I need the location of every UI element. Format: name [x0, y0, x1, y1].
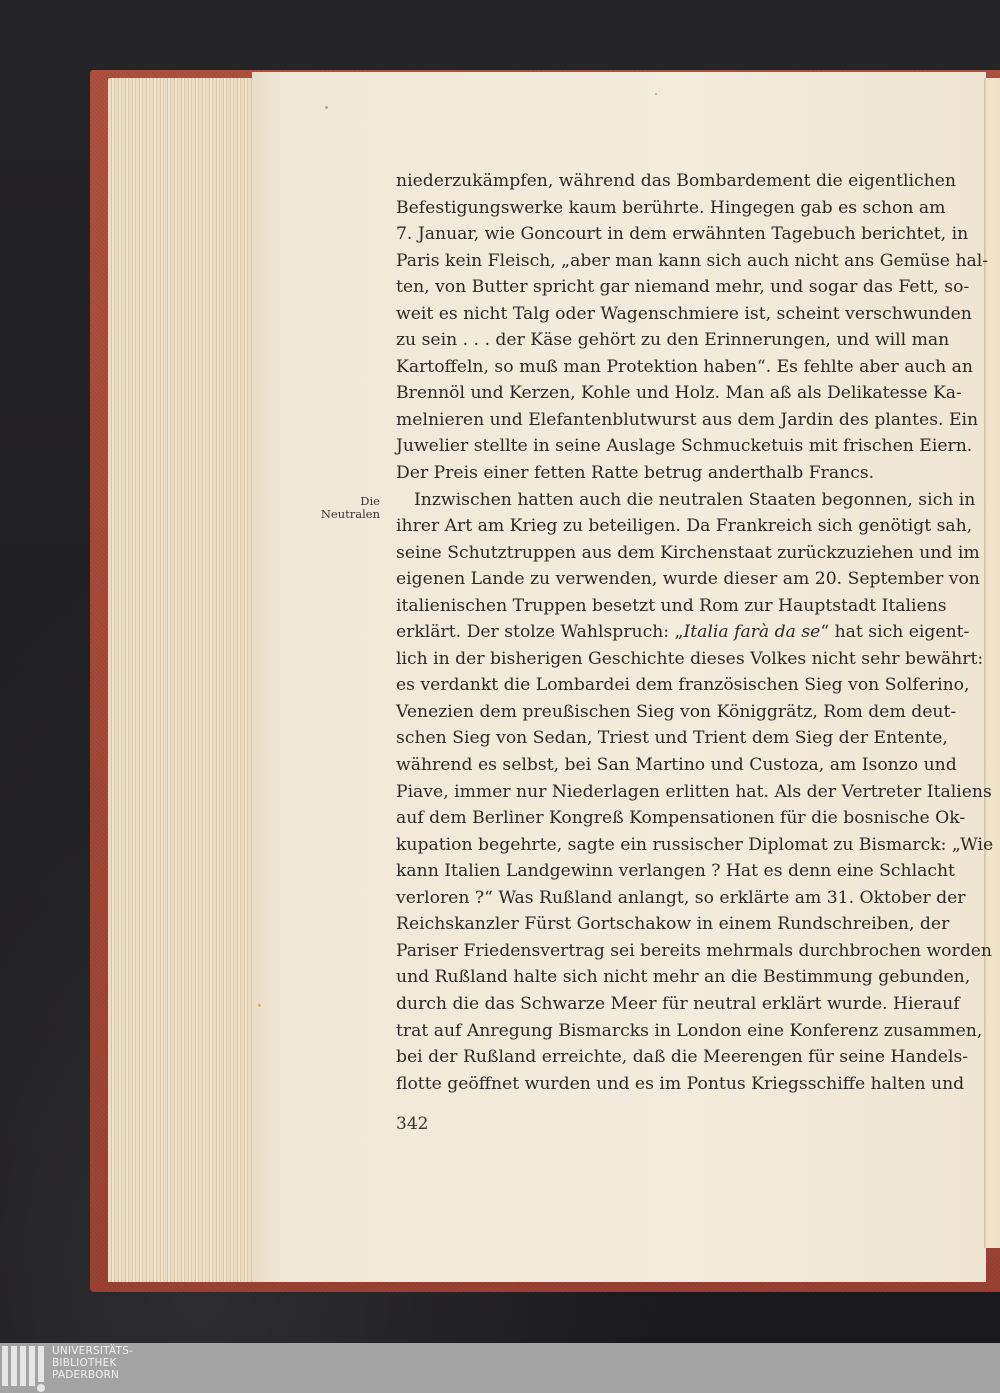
paper-speck: [325, 106, 328, 109]
text-line: Reichskanzler Fürst Gortschakow in einem…: [396, 911, 936, 938]
text-line: 7. Januar, wie Goncourt in dem erwähnten…: [396, 221, 936, 248]
text-line-with-motto: erklärt. Der stolze Wahlspruch: „Italia …: [396, 619, 936, 646]
text-line: italienischen Truppen besetzt und Rom zu…: [396, 593, 936, 620]
paper-speck: [655, 93, 657, 95]
logo-line: PADERBORN: [52, 1369, 133, 1381]
text-line: verloren ?“ Was Rußland anlangt, so erkl…: [396, 885, 936, 912]
text-line: auf dem Berliner Kongreß Kompensationen …: [396, 805, 936, 832]
text-line: niederzukämpfen, während das Bombardemen…: [396, 168, 936, 195]
text-line: bei der Rußland erreichte, daß die Meere…: [396, 1044, 936, 1071]
text-line: kann Italien Landgewinn verlangen ? Hat …: [396, 858, 936, 885]
body-text: niederzukämpfen, während das Bombardemen…: [396, 168, 936, 1097]
text-segment: “ hat sich eigent-: [820, 622, 969, 642]
page-edges: [108, 78, 254, 1282]
text-line: eigenen Lande zu verwenden, wurde dieser…: [396, 566, 936, 593]
marginal-note-line: Neutralen: [300, 508, 380, 521]
paragraph-start-line: Inzwischen hatten auch die neutralen Sta…: [396, 487, 936, 514]
text-line: Venezien dem preußischen Sieg von Königg…: [396, 699, 936, 726]
text-line: ihrer Art am Krieg zu beteiligen. Da Fra…: [396, 513, 936, 540]
italic-motto: Italia farà da se: [683, 622, 820, 642]
text-line: schen Sieg von Sedan, Triest und Trient …: [396, 725, 936, 752]
text-line: Brennöl und Kerzen, Kohle und Holz. Man …: [396, 380, 936, 407]
text-segment: erklärt. Der stolze Wahlspruch: „: [396, 622, 683, 642]
text-line: und Rußland halte sich nicht mehr an die…: [396, 964, 936, 991]
paper-speck: [258, 1004, 261, 1007]
text-line: Paris kein Fleisch, „aber man kann sich …: [396, 248, 936, 275]
library-logo-text: UNIVERSITÄTS- BIBLIOTHEK PADERBORN: [52, 1345, 133, 1381]
text-line: es verdankt die Lombardei dem französisc…: [396, 672, 936, 699]
text-line: zu sein . . . der Käse gehört zu den Eri…: [396, 327, 936, 354]
text-line: lich in der bisherigen Geschichte dieses…: [396, 646, 936, 673]
text-line: weit es nicht Talg oder Wagenschmiere is…: [396, 301, 936, 328]
text-line: Juwelier stellte in seine Auslage Schmuc…: [396, 433, 936, 460]
text-line: Kartoffeln, so muß man Protektion haben“…: [396, 354, 936, 381]
text-line: während es selbst, bei San Martino und C…: [396, 752, 936, 779]
text-line: durch die das Schwarze Meer für neutral …: [396, 991, 936, 1018]
text-line: Piave, immer nur Niederlagen erlitten ha…: [396, 779, 936, 806]
text-line: Der Preis einer fetten Ratte betrug ande…: [396, 460, 936, 487]
library-logo-icon: [2, 1346, 44, 1390]
text-line: melnieren und Elefantenblutwurst aus dem…: [396, 407, 936, 434]
text-line: trat auf Anregung Bismarcks in London ei…: [396, 1018, 936, 1045]
text-line: Pariser Friedensvertrag sei bereits mehr…: [396, 938, 936, 965]
marginal-note: Die Neutralen: [300, 495, 380, 521]
text-line: seine Schutztruppen aus dem Kirchenstaat…: [396, 540, 936, 567]
logo-line: UNIVERSITÄTS-: [52, 1345, 133, 1357]
text-line: kupation begehrte, sagte ein russischer …: [396, 832, 936, 859]
text-line: flotte geöffnet wurden und es im Pontus …: [396, 1071, 936, 1098]
text-line: ten, von Butter spricht gar niemand mehr…: [396, 274, 936, 301]
page-number: 342: [396, 1114, 428, 1134]
text-line: Befestigungswerke kaum berührte. Hingege…: [396, 195, 936, 222]
library-banner: UNIVERSITÄTS- BIBLIOTHEK PADERBORN: [0, 1343, 1000, 1393]
logo-line: BIBLIOTHEK: [52, 1357, 133, 1369]
